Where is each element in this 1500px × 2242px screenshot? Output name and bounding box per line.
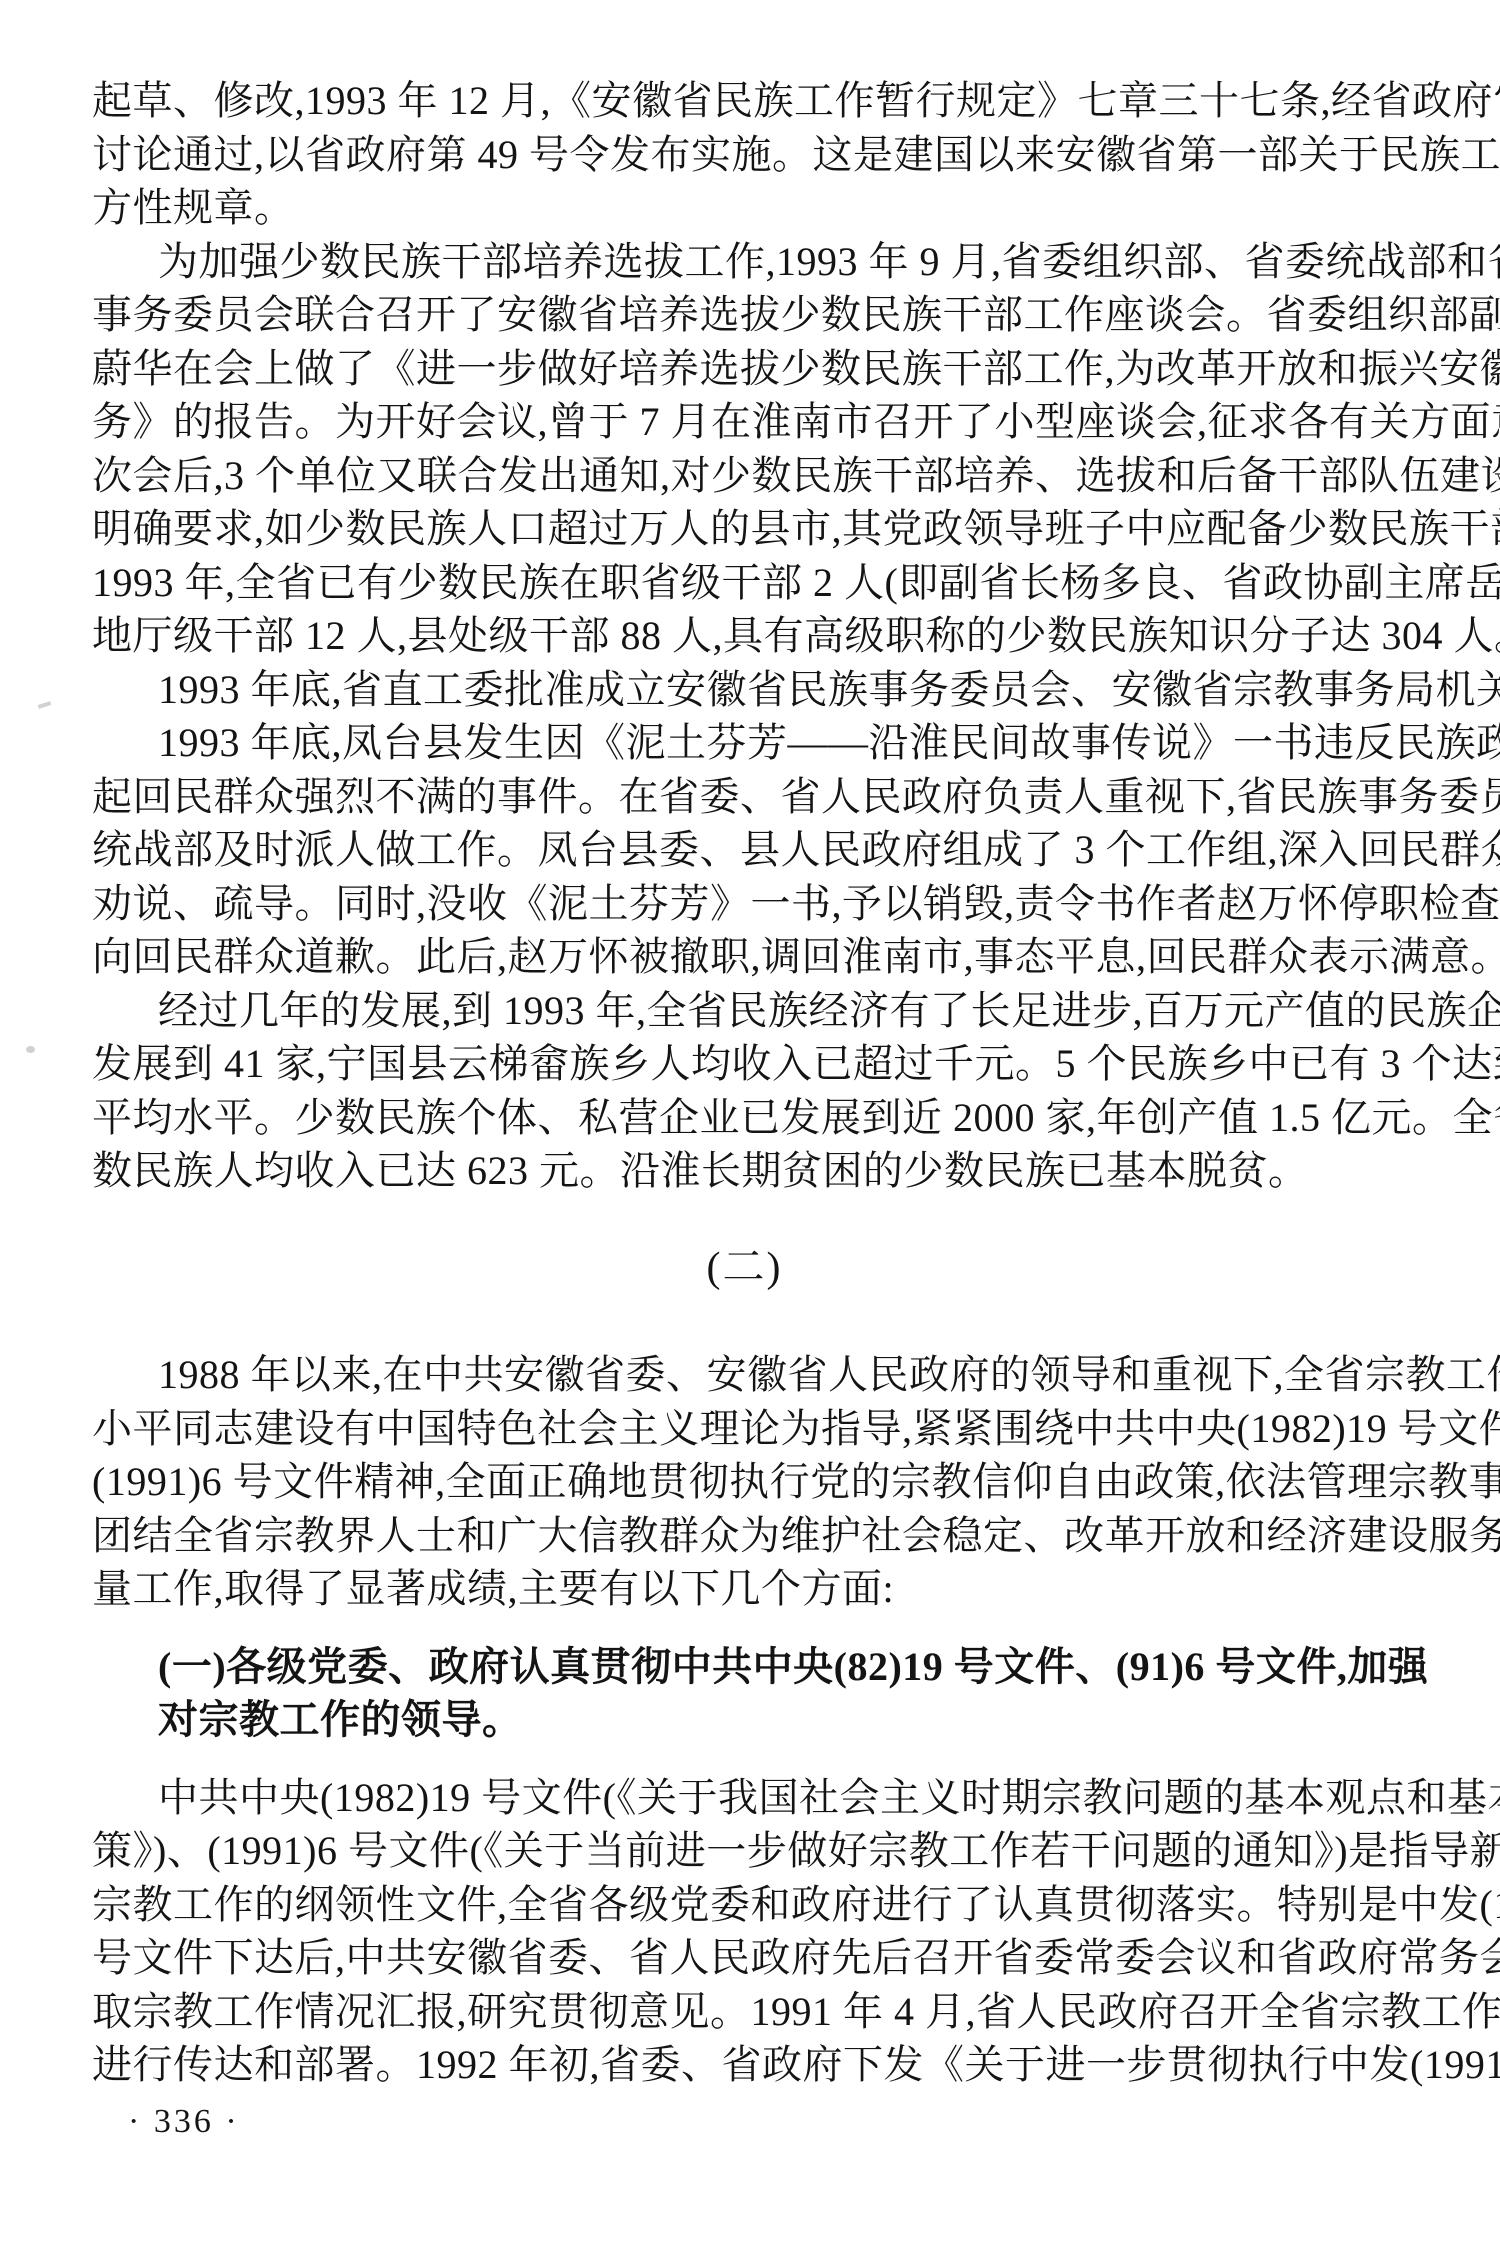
text-line: 号文件下达后,中共安徽省委、省人民政府先后召开省委常委会议和省政府常务会议,听 — [92, 1931, 1397, 1985]
page-number: · 336 · — [92, 2098, 1397, 2146]
text-line: 1988 年以来,在中共安徽省委、安徽省人民政府的领导和重视下,全省宗教工作以邓 — [92, 1348, 1397, 1402]
print-speck — [26, 1046, 35, 1053]
text-line: 地厅级干部 12 人,县处级干部 88 人,具有高级职称的少数民族知识分子达 3… — [92, 609, 1397, 663]
text-line: (一)各级党委、政府认真贯彻中共中央(82)19 号文件、(91)6 号文件,加… — [158, 1640, 1397, 1694]
text-line: 统战部及时派人做工作。凤台县委、县人民政府组成了 3 个工作组,深入回民群众中进… — [92, 823, 1397, 877]
paragraph: 1993 年底,凤台县发生因《泥土芬芳——沿淮民间故事传说》一书违反民族政策,引… — [92, 716, 1397, 984]
paragraph: 经过几年的发展,到 1993 年,全省民族经济有了长足进步,百万元产值的民族企业… — [92, 984, 1397, 1198]
text-line: 1993 年,全省已有少数民族在职省级干部 2 人(即副省长杨多良、省政协副主席… — [92, 556, 1397, 610]
text-line: 方性规章。 — [92, 181, 1397, 235]
text-line: 进行传达和部署。1992 年初,省委、省政府下发《关于进一步贯彻执行中发(199… — [92, 2038, 1397, 2092]
paragraph: 起草、修改,1993 年 12 月,《安徽省民族工作暂行规定》七章三十七条,经省… — [92, 74, 1397, 235]
text-line: 起草、修改,1993 年 12 月,《安徽省民族工作暂行规定》七章三十七条,经省… — [92, 74, 1397, 128]
text-line: 数民族人均收入已达 623 元。沿淮长期贫困的少数民族已基本脱贫。 — [92, 1144, 1397, 1198]
text-line: 中共中央(1982)19 号文件(《关于我国社会主义时期宗教问题的基本观点和基本… — [92, 1771, 1397, 1825]
text-line: 量工作,取得了显著成绩,主要有以下几个方面: — [92, 1562, 1397, 1616]
paragraph: 1993 年底,省直工委批准成立安徽省民族事务委员会、安徽省宗教事务局机关党委。 — [92, 663, 1397, 717]
section-heading: (二) — [92, 1242, 1397, 1296]
text-line: 取宗教工作情况汇报,研究贯彻意见。1991 年 4 月,省人民政府召开全省宗教工… — [92, 1985, 1397, 2039]
text-line: 次会后,3 个单位又联合发出通知,对少数民族干部培养、选拔和后备干部队伍建设作了 — [92, 449, 1397, 503]
text-line: 劝说、疏导。同时,没收《泥土芬芳》一书,予以销毁,责令书作者赵万怀停职检查,公开… — [92, 877, 1397, 931]
text-line: 对宗教工作的领导。 — [158, 1693, 1397, 1747]
text-line: 明确要求,如少数民族人口超过万人的县市,其党政领导班子中应配备少数民族干部等。 — [92, 502, 1397, 556]
text-line: 为加强少数民族干部培养选拔工作,1993 年 9 月,省委组织部、省委统战部和省… — [92, 235, 1397, 289]
text-line: 策》)、(1991)6 号文件(《关于当前进一步做好宗教工作若干问题的通知》)是… — [92, 1824, 1397, 1878]
document-page: 起草、修改,1993 年 12 月,《安徽省民族工作暂行规定》七章三十七条,经省… — [0, 0, 1500, 2146]
paragraph: 1988 年以来,在中共安徽省委、安徽省人民政府的领导和重视下,全省宗教工作以邓… — [92, 1348, 1397, 1616]
text-line: 宗教工作的纲领性文件,全省各级党委和政府进行了认真贯彻落实。特别是中发(1991… — [92, 1878, 1397, 1932]
text-line: 1993 年底,省直工委批准成立安徽省民族事务委员会、安徽省宗教事务局机关党委。 — [92, 663, 1397, 717]
text-line: 事务委员会联合召开了安徽省培养选拔少数民族干部工作座谈会。省委组织部副部长耿 — [92, 288, 1397, 342]
text-line: 1993 年底,凤台县发生因《泥土芬芳——沿淮民间故事传说》一书违反民族政策,引 — [92, 716, 1397, 770]
text-line: (1991)6 号文件精神,全面正确地贯彻执行党的宗教信仰自由政策,依法管理宗教… — [92, 1455, 1397, 1509]
paragraph: 为加强少数民族干部培养选拔工作,1993 年 9 月,省委组织部、省委统战部和省… — [92, 235, 1397, 663]
text-line: 讨论通过,以省政府第 49 号令发布实施。这是建国以来安徽省第一部关于民族工作的… — [92, 128, 1397, 182]
subsection-heading: (一)各级党委、政府认真贯彻中共中央(82)19 号文件、(91)6 号文件,加… — [92, 1640, 1397, 1747]
text-line: 团结全省宗教界人士和广大信教群众为维护社会稳定、改革开放和经济建设服务,做了大 — [92, 1509, 1397, 1563]
text-line: 务》的报告。为开好会议,曾于 7 月在淮南市召开了小型座谈会,征求各有关方面意见… — [92, 395, 1397, 449]
text-line: 经过几年的发展,到 1993 年,全省民族经济有了长足进步,百万元产值的民族企业… — [92, 984, 1397, 1038]
text-line: 发展到 41 家,宁国县云梯畲族乡人均收入已超过千元。5 个民族乡中已有 3 个… — [92, 1037, 1397, 1091]
text-line: 蔚华在会上做了《进一步做好培养选拔少数民族干部工作,为改革开放和振兴安徽经济服 — [92, 342, 1397, 396]
paragraph: 中共中央(1982)19 号文件(《关于我国社会主义时期宗教问题的基本观点和基本… — [92, 1771, 1397, 2092]
document-body: 起草、修改,1993 年 12 月,《安徽省民族工作暂行规定》七章三十七条,经省… — [92, 74, 1397, 2092]
text-line: 小平同志建设有中国特色社会主义理论为指导,紧紧围绕中共中央(1982)19 号文… — [92, 1402, 1397, 1456]
text-line: 向回民群众道歉。此后,赵万怀被撤职,调回淮南市,事态平息,回民群众表示满意。 — [92, 930, 1397, 984]
text-line: 平均水平。少数民族个体、私营企业已发展到近 2000 家,年创产值 1.5 亿元… — [92, 1091, 1397, 1145]
text-line: 起回民群众强烈不满的事件。在省委、省人民政府负责人重视下,省民族事务委员会、省委 — [92, 770, 1397, 824]
